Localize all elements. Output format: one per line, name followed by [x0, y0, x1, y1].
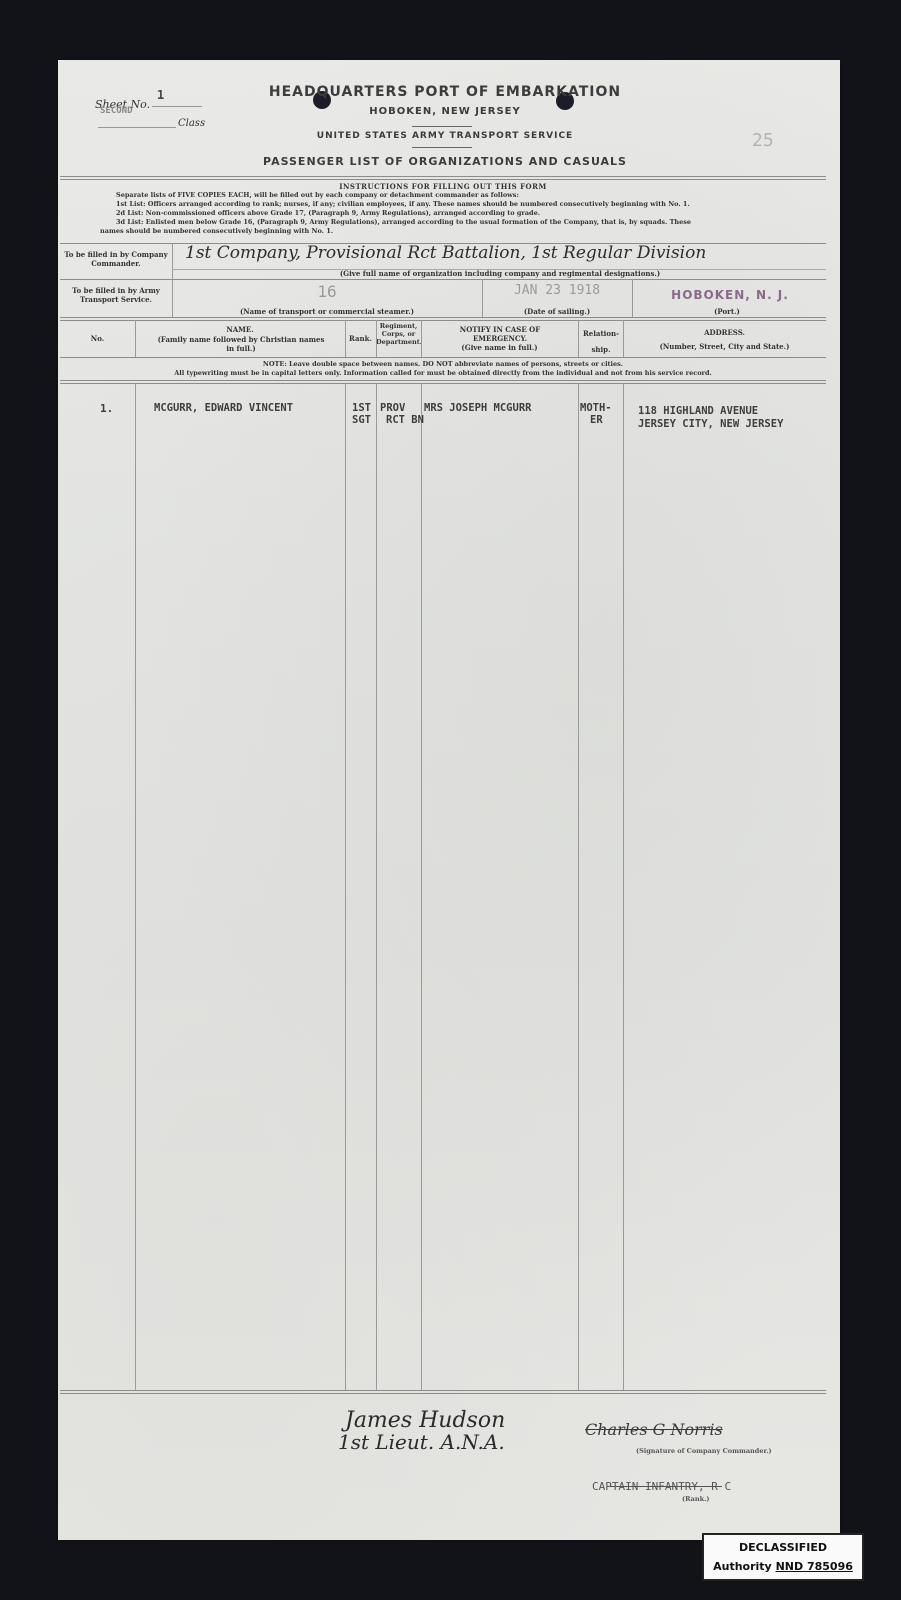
form-list-title: PASSENGER LIST OF ORGANIZATIONS AND CASU…	[180, 155, 710, 168]
instructions-line-3: 2d List: Non-commissioned officers above…	[116, 209, 540, 217]
company-caption: (Give full name of organization includin…	[300, 269, 700, 278]
row-regiment-line2: RCT BN	[386, 414, 424, 426]
signature-1-title: 1st Lieut. A.N.A.	[338, 1430, 505, 1454]
row-rank-line2: SGT	[352, 414, 371, 426]
row-no: 1.	[100, 402, 113, 415]
row-notify: MRS JOSEPH MCGURR	[424, 402, 531, 414]
column-header-name: NAME.	[140, 325, 340, 334]
column-header-notify: NOTIFY IN CASE OF EMERGENCY.	[435, 325, 565, 343]
row-rank-line1: 1ST	[352, 402, 371, 414]
column-header-address-sub: (Number, Street, City and State.)	[623, 342, 826, 351]
rank-caption: (Rank.)	[682, 1495, 709, 1503]
sheet-stamp: SECOND	[100, 106, 133, 116]
authority-value: NND 785096	[776, 1560, 853, 1573]
company-row-label: To be filled in by Company Commander.	[62, 250, 170, 268]
instructions-line-5: names should be numbered consecutively b…	[100, 227, 333, 235]
column-header-rank: Rank.	[345, 334, 376, 343]
signature-caption: (Signature of Company Commander.)	[636, 1447, 772, 1455]
sailing-date-field[interactable]: JAN 23 1918	[482, 283, 632, 298]
row-relationship-line2: ER	[590, 414, 603, 426]
transport-row-label: To be filled in by Army Transport Servic…	[62, 286, 170, 304]
instructions-line-1: Separate lists of FIVE COPIES EACH, will…	[116, 191, 519, 199]
steamer-caption: (Name of transport or commercial steamer…	[172, 307, 482, 316]
form-service: UNITED STATES ARMY TRANSPORT SERVICE	[180, 131, 710, 141]
authority-label: Authority	[713, 1560, 772, 1573]
signature-2: Charles G Norris	[585, 1420, 723, 1439]
table-note-1: NOTE: Leave double space between names. …	[60, 360, 826, 368]
column-header-notify-sub: (Give name in full.)	[421, 343, 578, 352]
row-address-line1: 118 HIGHLAND AVENUE	[638, 405, 758, 417]
declassified-title: DECLASSIFIED	[704, 1541, 862, 1554]
company-name-field[interactable]: 1st Company, Provisional Rct Battalion, …	[185, 243, 706, 263]
port-caption: (Port.)	[632, 307, 822, 316]
steamer-field[interactable]: 16	[172, 282, 482, 301]
column-header-regiment: Regiment, Corps, or Department.	[376, 322, 421, 346]
form-location: HOBOKEN, NEW JERSEY	[180, 106, 710, 117]
table-note-2: All typewriting must be in capital lette…	[60, 369, 826, 377]
form-title: HEADQUARTERS PORT OF EMBARKATION	[180, 84, 710, 100]
instructions-heading: INSTRUCTIONS FOR FILLING OUT THIS FORM	[60, 182, 826, 191]
column-header-address: ADDRESS.	[623, 328, 826, 337]
instructions-line-2: 1st List: Officers arranged according to…	[116, 200, 690, 208]
column-header-name-sub: (Family name followed by Christian names…	[155, 335, 327, 353]
column-header-no: No.	[60, 334, 135, 343]
row-regiment-line1: PROV	[380, 402, 405, 414]
row-relationship-line1: MOTH-	[580, 402, 612, 414]
sailing-date-caption: (Date of sailing.)	[482, 307, 632, 316]
row-address-line2: JERSEY CITY, NEW JERSEY	[638, 418, 783, 430]
port-field[interactable]: HOBOKEN, N. J.	[640, 288, 820, 302]
instructions-line-4: 3d List: Enlisted men below Grade 16, (P…	[116, 218, 691, 226]
column-header-relationship: Relation-ship.	[580, 326, 622, 358]
declassified-stamp: DECLASSIFIED Authority NND 785096	[702, 1533, 864, 1581]
row-name: MCGURR, EDWARD VINCENT	[154, 402, 293, 414]
page-number: 25	[752, 130, 774, 151]
class-label: Class	[178, 118, 205, 129]
